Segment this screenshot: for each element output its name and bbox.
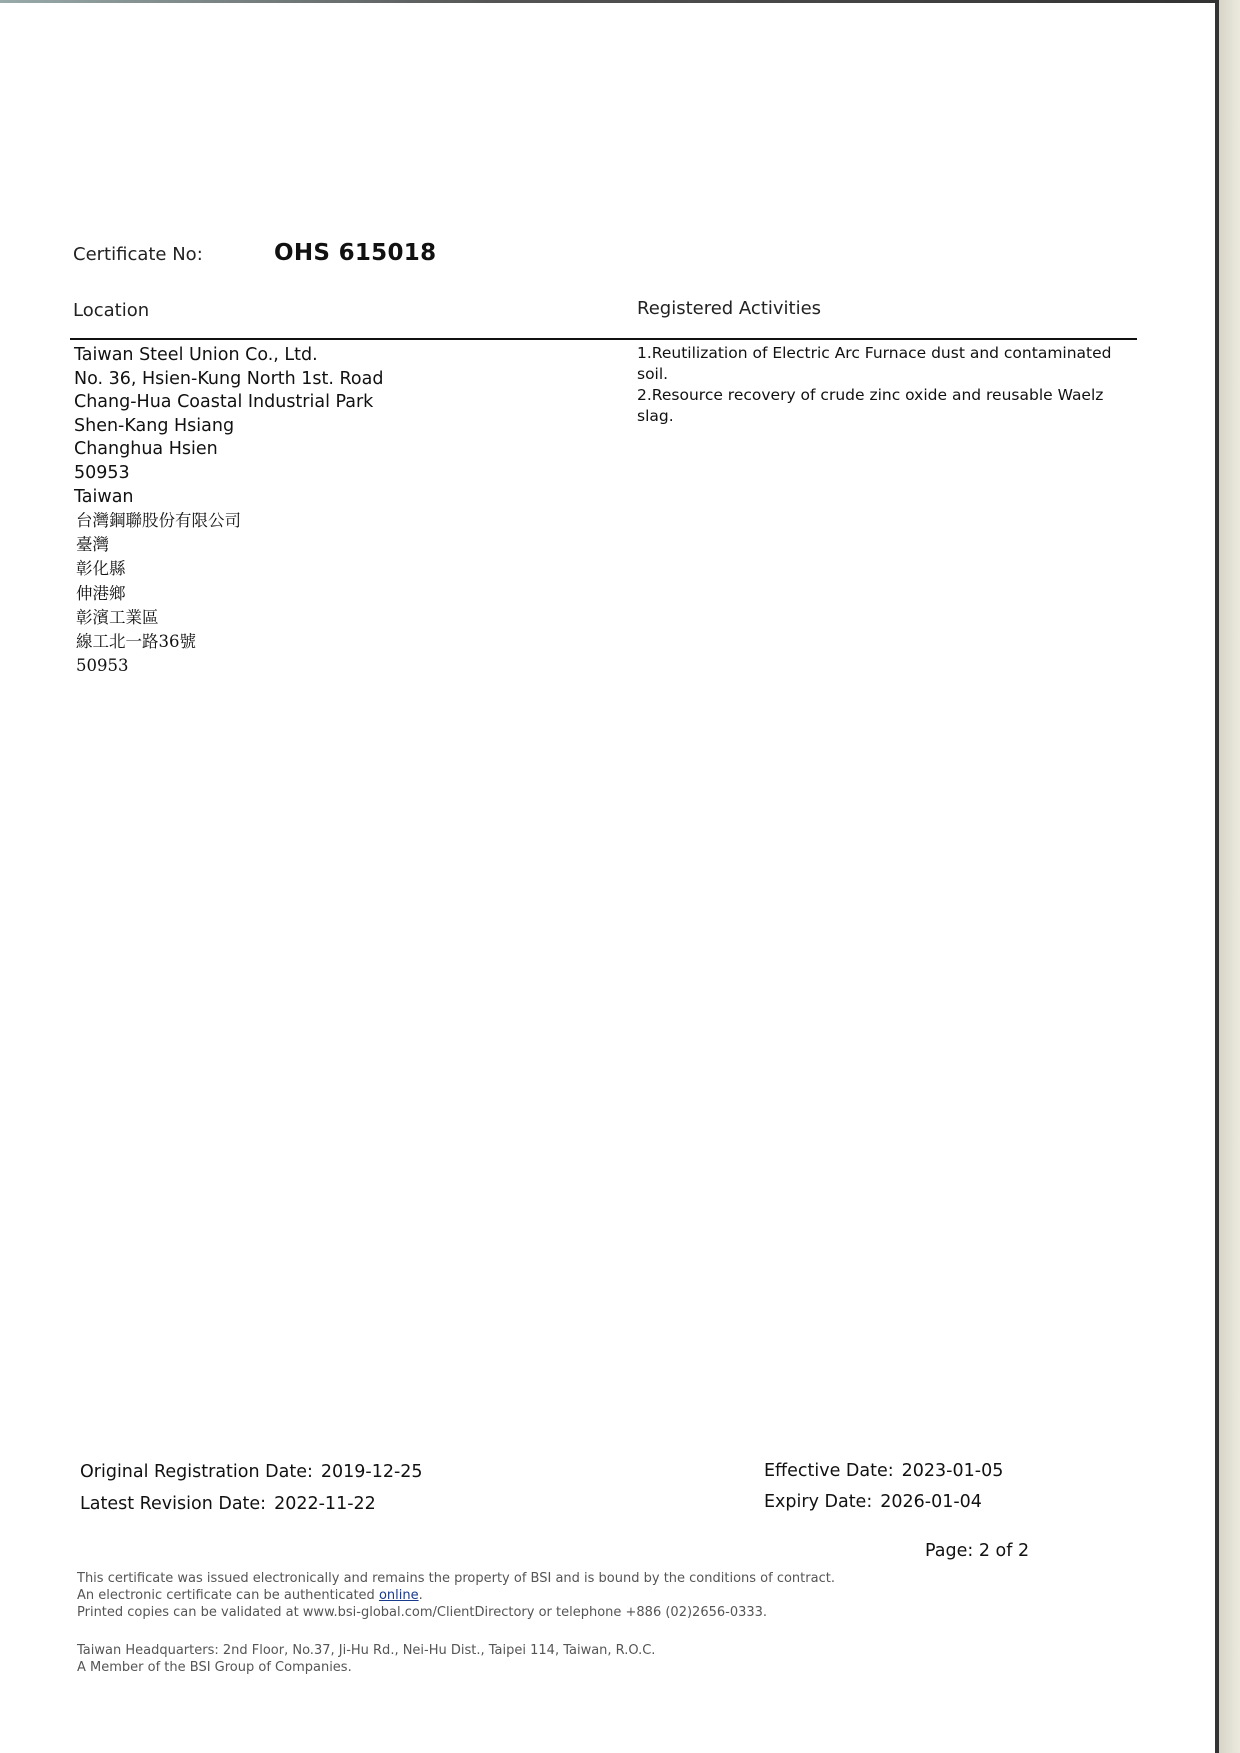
headquarters-address: Taiwan Headquarters: 2nd Floor, No.37, J… bbox=[77, 1642, 655, 1659]
footer-line-text: An electronic certificate can be authent… bbox=[77, 1588, 379, 1603]
original-registration-value: 2019-12-25 bbox=[321, 1462, 423, 1482]
address-chinese: 台灣鋼聯股份有限公司 臺灣 彰化縣 伸港鄉 彰濱工業區 線工北一路36號 509… bbox=[76, 509, 241, 678]
certificate-number: OHS 615018 bbox=[274, 240, 436, 266]
original-registration-date: Original Registration Date:2019-12-25 bbox=[80, 1462, 423, 1482]
effective-date: Effective Date:2023-01-05 bbox=[764, 1461, 1003, 1481]
address-line: Shen-Kang Hsiang bbox=[74, 415, 383, 439]
address-line-zh: 50953 bbox=[76, 654, 241, 678]
footer-disclaimer: This certificate was issued electronical… bbox=[77, 1570, 835, 1621]
address-line-zh: 彰化縣 bbox=[76, 557, 241, 581]
page-number: Page: 2 of 2 bbox=[925, 1541, 1029, 1561]
address-line: 50953 bbox=[74, 462, 383, 486]
address-line: No. 36, Hsien-Kung North 1st. Road bbox=[74, 368, 383, 392]
effective-date-label: Effective Date: bbox=[764, 1461, 894, 1481]
activity-item: 2.Resource recovery of crude zinc oxide … bbox=[637, 385, 1137, 427]
online-link[interactable]: online bbox=[379, 1588, 419, 1603]
scan-paper-edge bbox=[1219, 0, 1240, 1753]
original-registration-label: Original Registration Date: bbox=[80, 1462, 313, 1482]
address-line: Changhua Hsien bbox=[74, 438, 383, 462]
activity-item: 1.Reutilization of Electric Arc Furnace … bbox=[637, 343, 1137, 385]
address-line: Taiwan Steel Union Co., Ltd. bbox=[74, 344, 383, 368]
footer-line-text: . bbox=[419, 1588, 423, 1603]
address-line: Taiwan bbox=[74, 486, 383, 510]
expiry-date-label: Expiry Date: bbox=[764, 1492, 872, 1512]
footer-line: An electronic certificate can be authent… bbox=[77, 1587, 835, 1604]
address-line-zh: 伸港鄉 bbox=[76, 582, 241, 606]
address-english: Taiwan Steel Union Co., Ltd. No. 36, Hsi… bbox=[74, 344, 383, 509]
registered-activities-list: 1.Reutilization of Electric Arc Furnace … bbox=[637, 343, 1137, 427]
scan-top-edge bbox=[0, 0, 1215, 3]
expiry-date-value: 2026-01-04 bbox=[880, 1492, 982, 1512]
address-line-zh: 線工北一路36號 bbox=[76, 630, 241, 654]
address-line-zh: 台灣鋼聯股份有限公司 bbox=[76, 509, 241, 533]
registered-activities-header: Registered Activities bbox=[637, 298, 821, 319]
effective-date-value: 2023-01-05 bbox=[902, 1461, 1004, 1481]
latest-revision-date: Latest Revision Date:2022-11-22 bbox=[80, 1494, 376, 1514]
expiry-date: Expiry Date:2026-01-04 bbox=[764, 1492, 982, 1512]
footer-line: This certificate was issued electronical… bbox=[77, 1570, 835, 1587]
location-header: Location bbox=[73, 300, 149, 321]
certificate-number-label: Certificate No: bbox=[73, 244, 203, 265]
address-line: Chang-Hua Coastal Industrial Park bbox=[74, 391, 383, 415]
footer-headquarters: Taiwan Headquarters: 2nd Floor, No.37, J… bbox=[77, 1642, 655, 1676]
latest-revision-value: 2022-11-22 bbox=[274, 1494, 376, 1514]
header-divider bbox=[70, 338, 1137, 340]
group-membership: A Member of the BSI Group of Companies. bbox=[77, 1659, 655, 1676]
address-line-zh: 臺灣 bbox=[76, 533, 241, 557]
latest-revision-label: Latest Revision Date: bbox=[80, 1494, 266, 1514]
footer-line: Printed copies can be validated at www.b… bbox=[77, 1604, 835, 1621]
address-line-zh: 彰濱工業區 bbox=[76, 606, 241, 630]
